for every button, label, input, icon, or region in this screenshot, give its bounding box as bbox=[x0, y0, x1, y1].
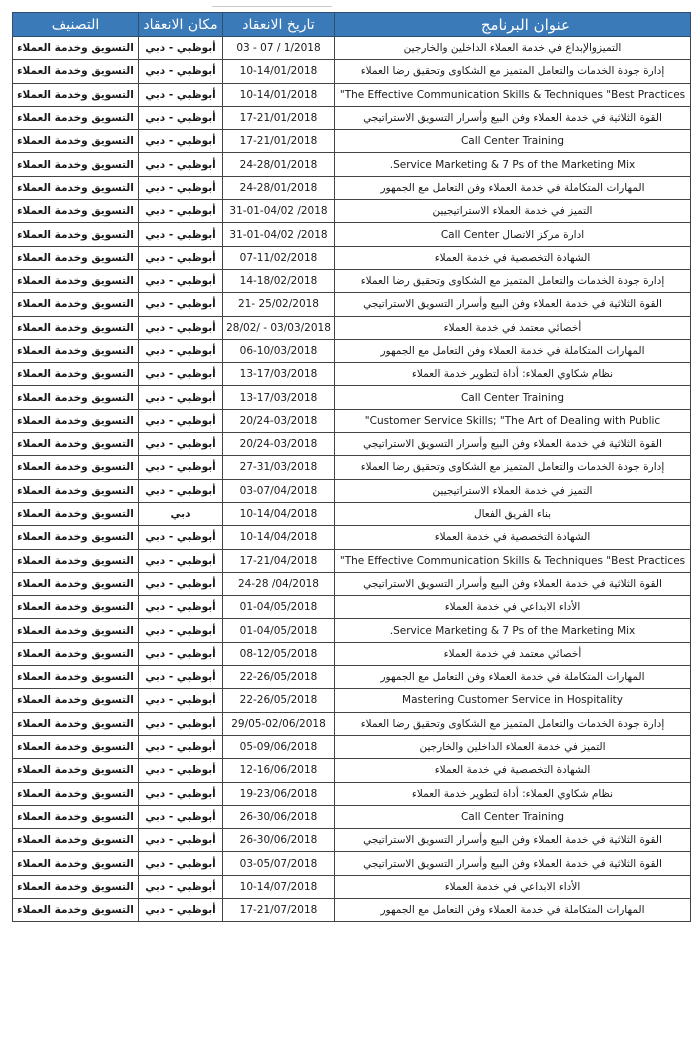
decorative-rule bbox=[212, 6, 332, 7]
place-cell: أبوظبي - دبي bbox=[139, 223, 223, 246]
table-row: Call Center Training17-21/01/2018أبوظبي … bbox=[13, 130, 691, 153]
place-cell: أبوظبي - دبي bbox=[139, 549, 223, 572]
table-row: إدارة جودة الخدمات والتعامل المتميز مع ا… bbox=[13, 60, 691, 83]
place-cell: أبوظبي - دبي bbox=[139, 479, 223, 502]
place-cell: أبوظبي - دبي bbox=[139, 619, 223, 642]
place-cell: أبوظبي - دبي bbox=[139, 456, 223, 479]
category-cell: التسويق وخدمة العملاء bbox=[13, 619, 139, 642]
program-title-cell: القوة الثلاثية في خدمة العملاء وفن البيع… bbox=[335, 293, 691, 316]
place-cell: أبوظبي - دبي bbox=[139, 106, 223, 129]
date-cell: 06-10/03/2018 bbox=[223, 339, 335, 362]
table-row: القوة الثلاثية في خدمة العملاء وفن البيع… bbox=[13, 293, 691, 316]
date-cell: 01-04/05/2018 bbox=[223, 619, 335, 642]
place-cell: أبوظبي - دبي bbox=[139, 666, 223, 689]
category-cell: التسويق وخدمة العملاء bbox=[13, 875, 139, 898]
place-cell: أبوظبي - دبي bbox=[139, 409, 223, 432]
program-title-cell: الشهادة التخصصية في خدمة العملاء bbox=[335, 246, 691, 269]
place-cell: أبوظبي - دبي bbox=[139, 829, 223, 852]
program-title-cell: التميزوالإبداع في خدمة العملاء الداخلين … bbox=[335, 37, 691, 60]
place-cell: أبوظبي - دبي bbox=[139, 176, 223, 199]
header-date: تاريخ الانعقاد bbox=[223, 13, 335, 37]
program-title-cell: القوة الثلاثية في خدمة العملاء وفن البيع… bbox=[335, 829, 691, 852]
table-row: أخصائي معتمد في خدمة العملاء28/02/ - 03/… bbox=[13, 316, 691, 339]
program-title-cell: ادارة مركز الاتصال Call Center bbox=[335, 223, 691, 246]
program-title-cell: الأداء الابداعي في خدمة العملاء bbox=[335, 875, 691, 898]
category-cell: التسويق وخدمة العملاء bbox=[13, 782, 139, 805]
table-row: إدارة جودة الخدمات والتعامل المتميز مع ا… bbox=[13, 269, 691, 292]
program-title-cell: القوة الثلاثية في خدمة العملاء وفن البيع… bbox=[335, 852, 691, 875]
date-cell: 05-09/06/2018 bbox=[223, 735, 335, 758]
place-cell: أبوظبي - دبي bbox=[139, 572, 223, 595]
date-cell: 22-26/05/2018 bbox=[223, 689, 335, 712]
table-row: التميزوالإبداع في خدمة العملاء الداخلين … bbox=[13, 37, 691, 60]
header-place: مكان الانعقاد bbox=[139, 13, 223, 37]
program-title-cell: أخصائي معتمد في خدمة العملاء bbox=[335, 642, 691, 665]
place-cell: أبوظبي - دبي bbox=[139, 386, 223, 409]
date-cell: 26-30/06/2018 bbox=[223, 805, 335, 828]
place-cell: أبوظبي - دبي bbox=[139, 83, 223, 106]
place-cell: أبوظبي - دبي bbox=[139, 363, 223, 386]
program-title-cell: Service Marketing & 7 Ps of the Marketin… bbox=[335, 153, 691, 176]
date-cell: 31-01-04/02 /2018 bbox=[223, 223, 335, 246]
place-cell: أبوظبي - دبي bbox=[139, 689, 223, 712]
table-row: التميز في خدمة العملاء الاستراتيجيين31-0… bbox=[13, 200, 691, 223]
category-cell: التسويق وخدمة العملاء bbox=[13, 898, 139, 921]
table-row: Customer Service Skills; "The Art of Dea… bbox=[13, 409, 691, 432]
date-cell: 08-12/05/2018 bbox=[223, 642, 335, 665]
date-cell: 12-16/06/2018 bbox=[223, 759, 335, 782]
category-cell: التسويق وخدمة العملاء bbox=[13, 60, 139, 83]
category-cell: التسويق وخدمة العملاء bbox=[13, 246, 139, 269]
place-cell: أبوظبي - دبي bbox=[139, 735, 223, 758]
program-title-cell: التميز في خدمة العملاء الداخلين والخارجي… bbox=[335, 735, 691, 758]
training-schedule-table: عنوان البرنامج تاريخ الانعقاد مكان الانع… bbox=[12, 12, 691, 922]
table-row: التميز في خدمة العملاء الاستراتيجيين03-0… bbox=[13, 479, 691, 502]
category-cell: التسويق وخدمة العملاء bbox=[13, 735, 139, 758]
place-cell: أبوظبي - دبي bbox=[139, 246, 223, 269]
place-cell: أبوظبي - دبي bbox=[139, 642, 223, 665]
table-row: الشهادة التخصصية في خدمة العملاء12-16/06… bbox=[13, 759, 691, 782]
category-cell: التسويق وخدمة العملاء bbox=[13, 409, 139, 432]
header-program-title: عنوان البرنامج bbox=[335, 13, 691, 37]
category-cell: التسويق وخدمة العملاء bbox=[13, 386, 139, 409]
table-row: Service Marketing & 7 Ps of the Marketin… bbox=[13, 619, 691, 642]
table-row: نظام شكاوي العملاء: أداة لتطوير خدمة الع… bbox=[13, 363, 691, 386]
category-cell: التسويق وخدمة العملاء bbox=[13, 456, 139, 479]
table-row: الأداء الابداعي في خدمة العملاء01-04/05/… bbox=[13, 596, 691, 619]
program-title-cell: Mastering Customer Service in Hospitalit… bbox=[335, 689, 691, 712]
date-cell: 31-01-04/02 /2018 bbox=[223, 200, 335, 223]
place-cell: أبوظبي - دبي bbox=[139, 596, 223, 619]
table-row: الشهادة التخصصية في خدمة العملاء10-14/04… bbox=[13, 526, 691, 549]
place-cell: أبوظبي - دبي bbox=[139, 269, 223, 292]
date-cell: 10-14/04/2018 bbox=[223, 502, 335, 525]
date-cell: 24-28/01/2018 bbox=[223, 176, 335, 199]
date-cell: 20/24-03/2018 bbox=[223, 433, 335, 456]
program-title-cell: القوة الثلاثية في خدمة العملاء وفن البيع… bbox=[335, 433, 691, 456]
program-title-cell: الشهادة التخصصية في خدمة العملاء bbox=[335, 526, 691, 549]
place-cell: أبوظبي - دبي bbox=[139, 852, 223, 875]
program-title-cell: إدارة جودة الخدمات والتعامل المتميز مع ا… bbox=[335, 456, 691, 479]
place-cell: أبوظبي - دبي bbox=[139, 433, 223, 456]
program-title-cell: Customer Service Skills; "The Art of Dea… bbox=[335, 409, 691, 432]
table-row: القوة الثلاثية في خدمة العملاء وفن البيع… bbox=[13, 433, 691, 456]
program-title-cell: المهارات المتكاملة في خدمة العملاء وفن ا… bbox=[335, 176, 691, 199]
program-title-cell: التميز في خدمة العملاء الاستراتيجيين bbox=[335, 479, 691, 502]
place-cell: أبوظبي - دبي bbox=[139, 130, 223, 153]
date-cell: 10-14/01/2018 bbox=[223, 83, 335, 106]
program-title-cell: القوة الثلاثية في خدمة العملاء وفن البيع… bbox=[335, 106, 691, 129]
date-cell: 13-17/03/2018 bbox=[223, 363, 335, 386]
category-cell: التسويق وخدمة العملاء bbox=[13, 689, 139, 712]
date-cell: 13-17/03/2018 bbox=[223, 386, 335, 409]
place-cell: أبوظبي - دبي bbox=[139, 712, 223, 735]
header-category: التصنيف bbox=[13, 13, 139, 37]
place-cell: أبوظبي - دبي bbox=[139, 759, 223, 782]
program-title-cell: بناء الفريق الفعال bbox=[335, 502, 691, 525]
category-cell: التسويق وخدمة العملاء bbox=[13, 642, 139, 665]
program-title-cell: الأداء الابداعي في خدمة العملاء bbox=[335, 596, 691, 619]
place-cell: دبي bbox=[139, 502, 223, 525]
table-row: The Effective Communication Skills & Tec… bbox=[13, 83, 691, 106]
table-body: التميزوالإبداع في خدمة العملاء الداخلين … bbox=[13, 37, 691, 922]
date-cell: 03-07/04/2018 bbox=[223, 479, 335, 502]
category-cell: التسويق وخدمة العملاء bbox=[13, 572, 139, 595]
date-cell: 27-31/03/2018 bbox=[223, 456, 335, 479]
category-cell: التسويق وخدمة العملاء bbox=[13, 269, 139, 292]
program-title-cell: الشهادة التخصصية في خدمة العملاء bbox=[335, 759, 691, 782]
date-cell: 10-14/04/2018 bbox=[223, 526, 335, 549]
category-cell: التسويق وخدمة العملاء bbox=[13, 829, 139, 852]
table-row: الشهادة التخصصية في خدمة العملاء07-11/02… bbox=[13, 246, 691, 269]
table-row: أخصائي معتمد في خدمة العملاء08-12/05/201… bbox=[13, 642, 691, 665]
table-row: Call Center Training13-17/03/2018أبوظبي … bbox=[13, 386, 691, 409]
category-cell: التسويق وخدمة العملاء bbox=[13, 805, 139, 828]
place-cell: أبوظبي - دبي bbox=[139, 200, 223, 223]
place-cell: أبوظبي - دبي bbox=[139, 898, 223, 921]
date-cell: 01-04/05/2018 bbox=[223, 596, 335, 619]
category-cell: التسويق وخدمة العملاء bbox=[13, 526, 139, 549]
date-cell: 22-26/05/2018 bbox=[223, 666, 335, 689]
table-header-row: عنوان البرنامج تاريخ الانعقاد مكان الانع… bbox=[13, 13, 691, 37]
table-row: القوة الثلاثية في خدمة العملاء وفن البيع… bbox=[13, 572, 691, 595]
category-cell: التسويق وخدمة العملاء bbox=[13, 596, 139, 619]
date-cell: 21- 25/02/2018 bbox=[223, 293, 335, 316]
table-row: الأداء الابداعي في خدمة العملاء10-14/07/… bbox=[13, 875, 691, 898]
place-cell: أبوظبي - دبي bbox=[139, 60, 223, 83]
program-title-cell: المهارات المتكاملة في خدمة العملاء وفن ا… bbox=[335, 339, 691, 362]
place-cell: أبوظبي - دبي bbox=[139, 37, 223, 60]
table-row: نظام شكاوي العملاء: أداة لتطوير خدمة الع… bbox=[13, 782, 691, 805]
table-row: المهارات المتكاملة في خدمة العملاء وفن ا… bbox=[13, 666, 691, 689]
place-cell: أبوظبي - دبي bbox=[139, 526, 223, 549]
table-row: القوة الثلاثية في خدمة العملاء وفن البيع… bbox=[13, 106, 691, 129]
table-row: The Effective Communication Skills & Tec… bbox=[13, 549, 691, 572]
place-cell: أبوظبي - دبي bbox=[139, 782, 223, 805]
place-cell: أبوظبي - دبي bbox=[139, 805, 223, 828]
program-title-cell: Call Center Training bbox=[335, 805, 691, 828]
program-title-cell: نظام شكاوي العملاء: أداة لتطوير خدمة الع… bbox=[335, 782, 691, 805]
table-row: المهارات المتكاملة في خدمة العملاء وفن ا… bbox=[13, 339, 691, 362]
category-cell: التسويق وخدمة العملاء bbox=[13, 852, 139, 875]
category-cell: التسويق وخدمة العملاء bbox=[13, 549, 139, 572]
date-cell: 28/02/ - 03/03/2018 bbox=[223, 316, 335, 339]
program-title-cell: إدارة جودة الخدمات والتعامل المتميز مع ا… bbox=[335, 269, 691, 292]
category-cell: التسويق وخدمة العملاء bbox=[13, 363, 139, 386]
program-title-cell: The Effective Communication Skills & Tec… bbox=[335, 549, 691, 572]
table-row: إدارة جودة الخدمات والتعامل المتميز مع ا… bbox=[13, 456, 691, 479]
place-cell: أبوظبي - دبي bbox=[139, 875, 223, 898]
category-cell: التسويق وخدمة العملاء bbox=[13, 316, 139, 339]
program-title-cell: The Effective Communication Skills & Tec… bbox=[335, 83, 691, 106]
table-row: ادارة مركز الاتصال Call Center31-01-04/0… bbox=[13, 223, 691, 246]
date-cell: 10-14/01/2018 bbox=[223, 60, 335, 83]
program-title-cell: أخصائي معتمد في خدمة العملاء bbox=[335, 316, 691, 339]
date-cell: 10-14/07/2018 bbox=[223, 875, 335, 898]
date-cell: 03 - 07 / 1/2018 bbox=[223, 37, 335, 60]
table-row: Mastering Customer Service in Hospitalit… bbox=[13, 689, 691, 712]
date-cell: 17-21/01/2018 bbox=[223, 130, 335, 153]
program-title-cell: Call Center Training bbox=[335, 130, 691, 153]
date-cell: 24-28 /04/2018 bbox=[223, 572, 335, 595]
program-title-cell: Call Center Training bbox=[335, 386, 691, 409]
table-row: المهارات المتكاملة في خدمة العملاء وفن ا… bbox=[13, 898, 691, 921]
category-cell: التسويق وخدمة العملاء bbox=[13, 83, 139, 106]
date-cell: 14-18/02/2018 bbox=[223, 269, 335, 292]
table-row: إدارة جودة الخدمات والتعامل المتميز مع ا… bbox=[13, 712, 691, 735]
table-row: Service Marketing & 7 Ps of the Marketin… bbox=[13, 153, 691, 176]
category-cell: التسويق وخدمة العملاء bbox=[13, 479, 139, 502]
category-cell: التسويق وخدمة العملاء bbox=[13, 433, 139, 456]
place-cell: أبوظبي - دبي bbox=[139, 339, 223, 362]
date-cell: 17-21/07/2018 bbox=[223, 898, 335, 921]
date-cell: 17-21/01/2018 bbox=[223, 106, 335, 129]
table-row: التميز في خدمة العملاء الداخلين والخارجي… bbox=[13, 735, 691, 758]
category-cell: التسويق وخدمة العملاء bbox=[13, 106, 139, 129]
date-cell: 19-23/06/2018 bbox=[223, 782, 335, 805]
place-cell: أبوظبي - دبي bbox=[139, 153, 223, 176]
table-row: بناء الفريق الفعال10-14/04/2018دبيالتسوي… bbox=[13, 502, 691, 525]
table-row: المهارات المتكاملة في خدمة العملاء وفن ا… bbox=[13, 176, 691, 199]
date-cell: 26-30/06/2018 bbox=[223, 829, 335, 852]
category-cell: التسويق وخدمة العملاء bbox=[13, 37, 139, 60]
category-cell: التسويق وخدمة العملاء bbox=[13, 759, 139, 782]
place-cell: أبوظبي - دبي bbox=[139, 293, 223, 316]
table-row: القوة الثلاثية في خدمة العملاء وفن البيع… bbox=[13, 852, 691, 875]
category-cell: التسويق وخدمة العملاء bbox=[13, 130, 139, 153]
category-cell: التسويق وخدمة العملاء bbox=[13, 153, 139, 176]
category-cell: التسويق وخدمة العملاء bbox=[13, 293, 139, 316]
date-cell: 17-21/04/2018 bbox=[223, 549, 335, 572]
date-cell: 20/24-03/2018 bbox=[223, 409, 335, 432]
date-cell: 24-28/01/2018 bbox=[223, 153, 335, 176]
category-cell: التسويق وخدمة العملاء bbox=[13, 339, 139, 362]
category-cell: التسويق وخدمة العملاء bbox=[13, 666, 139, 689]
program-title-cell: التميز في خدمة العملاء الاستراتيجيين bbox=[335, 200, 691, 223]
program-title-cell: المهارات المتكاملة في خدمة العملاء وفن ا… bbox=[335, 898, 691, 921]
program-title-cell: نظام شكاوي العملاء: أداة لتطوير خدمة الع… bbox=[335, 363, 691, 386]
program-title-cell: إدارة جودة الخدمات والتعامل المتميز مع ا… bbox=[335, 712, 691, 735]
program-title-cell: المهارات المتكاملة في خدمة العملاء وفن ا… bbox=[335, 666, 691, 689]
program-title-cell: إدارة جودة الخدمات والتعامل المتميز مع ا… bbox=[335, 60, 691, 83]
date-cell: 29/05-02/06/2018 bbox=[223, 712, 335, 735]
table-row: القوة الثلاثية في خدمة العملاء وفن البيع… bbox=[13, 829, 691, 852]
category-cell: التسويق وخدمة العملاء bbox=[13, 200, 139, 223]
program-title-cell: القوة الثلاثية في خدمة العملاء وفن البيع… bbox=[335, 572, 691, 595]
program-title-cell: Service Marketing & 7 Ps of the Marketin… bbox=[335, 619, 691, 642]
category-cell: التسويق وخدمة العملاء bbox=[13, 712, 139, 735]
place-cell: أبوظبي - دبي bbox=[139, 316, 223, 339]
category-cell: التسويق وخدمة العملاء bbox=[13, 176, 139, 199]
category-cell: التسويق وخدمة العملاء bbox=[13, 223, 139, 246]
table-row: Call Center Training26-30/06/2018أبوظبي … bbox=[13, 805, 691, 828]
date-cell: 03-05/07/2018 bbox=[223, 852, 335, 875]
category-cell: التسويق وخدمة العملاء bbox=[13, 502, 139, 525]
date-cell: 07-11/02/2018 bbox=[223, 246, 335, 269]
